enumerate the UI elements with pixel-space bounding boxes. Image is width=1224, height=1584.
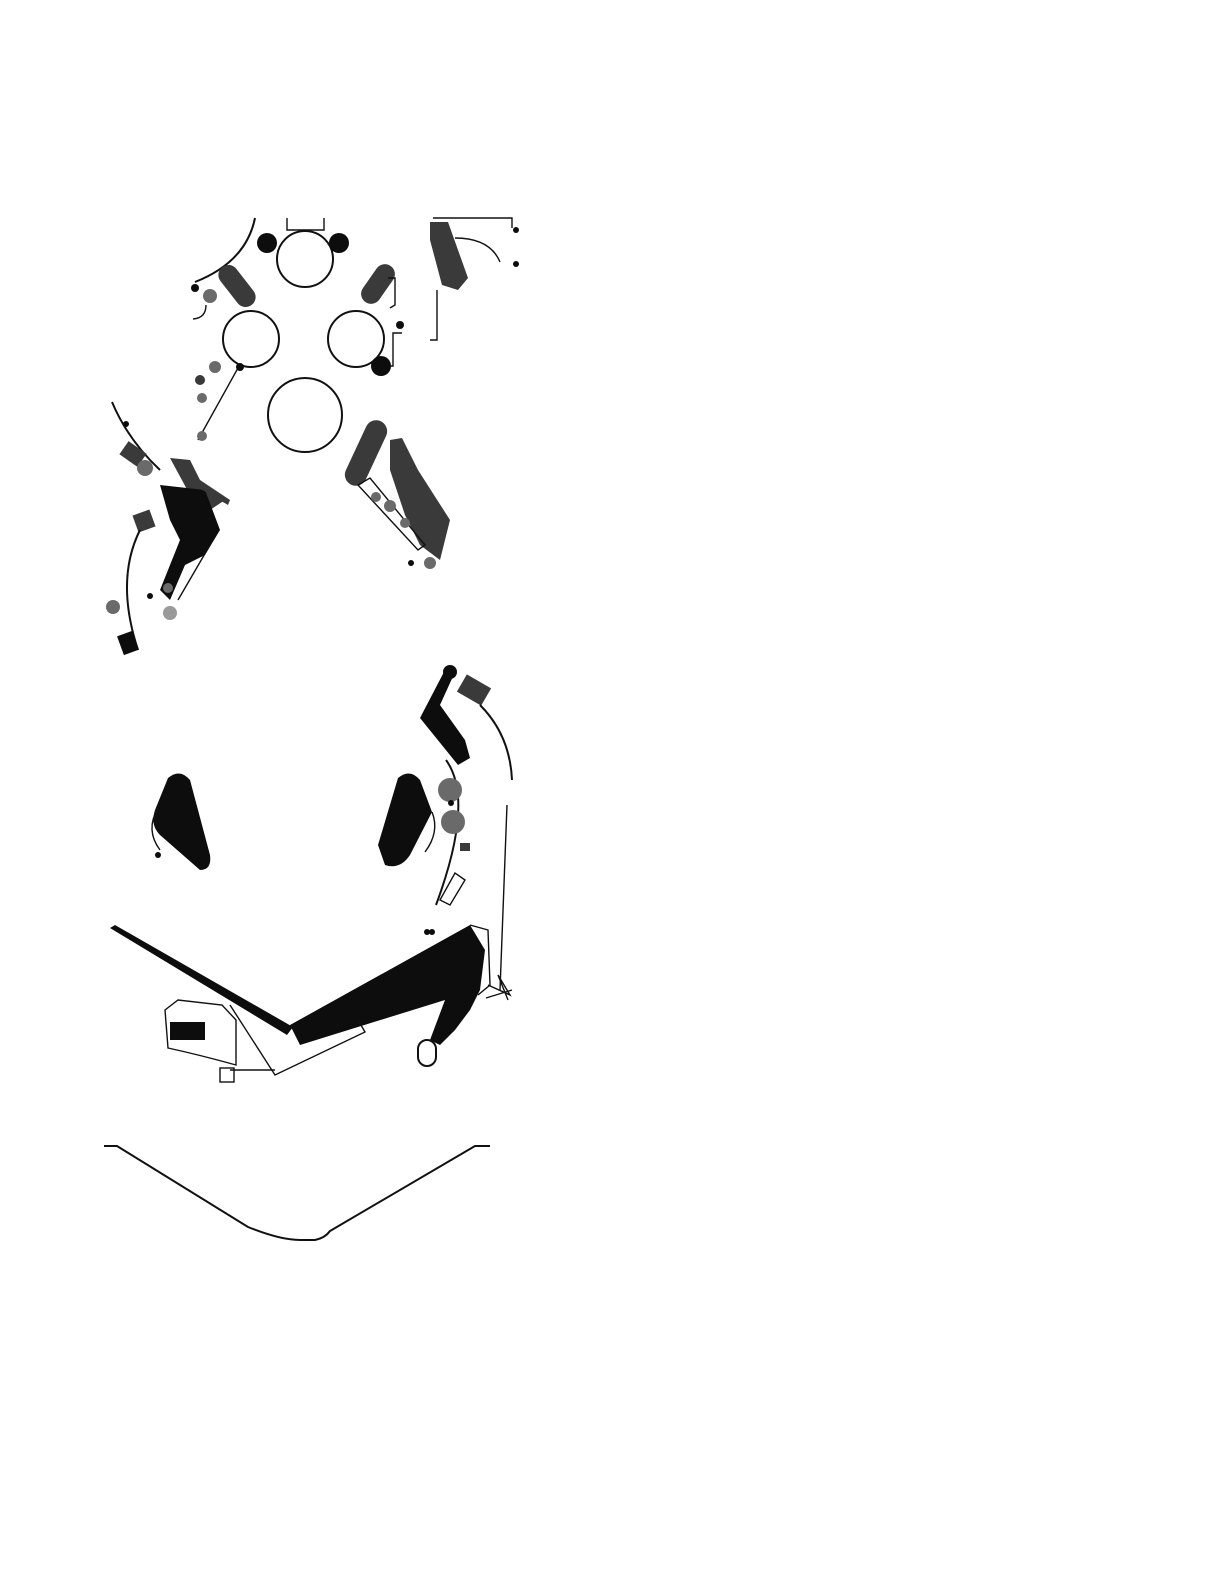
upper-right-lane-guide [357,260,404,329]
playfield-diagram [0,0,1224,1584]
pop-bumper-left [223,311,279,367]
upper-left-lane-guide [191,218,260,319]
right-slingshot [378,773,435,866]
pop-bumper-right [328,311,402,376]
left-inlane-targets [195,361,244,441]
pop-bumper-bottom [268,378,342,452]
left-slingshot [152,773,210,870]
top-right-kicker [430,218,519,340]
pop-bumper-top [257,218,349,287]
left-ramp-assembly [106,402,230,655]
right-upper-slingshot [341,417,450,569]
bottom-ramp-mechanism [110,925,512,1082]
apron-v-guide [104,1146,490,1240]
